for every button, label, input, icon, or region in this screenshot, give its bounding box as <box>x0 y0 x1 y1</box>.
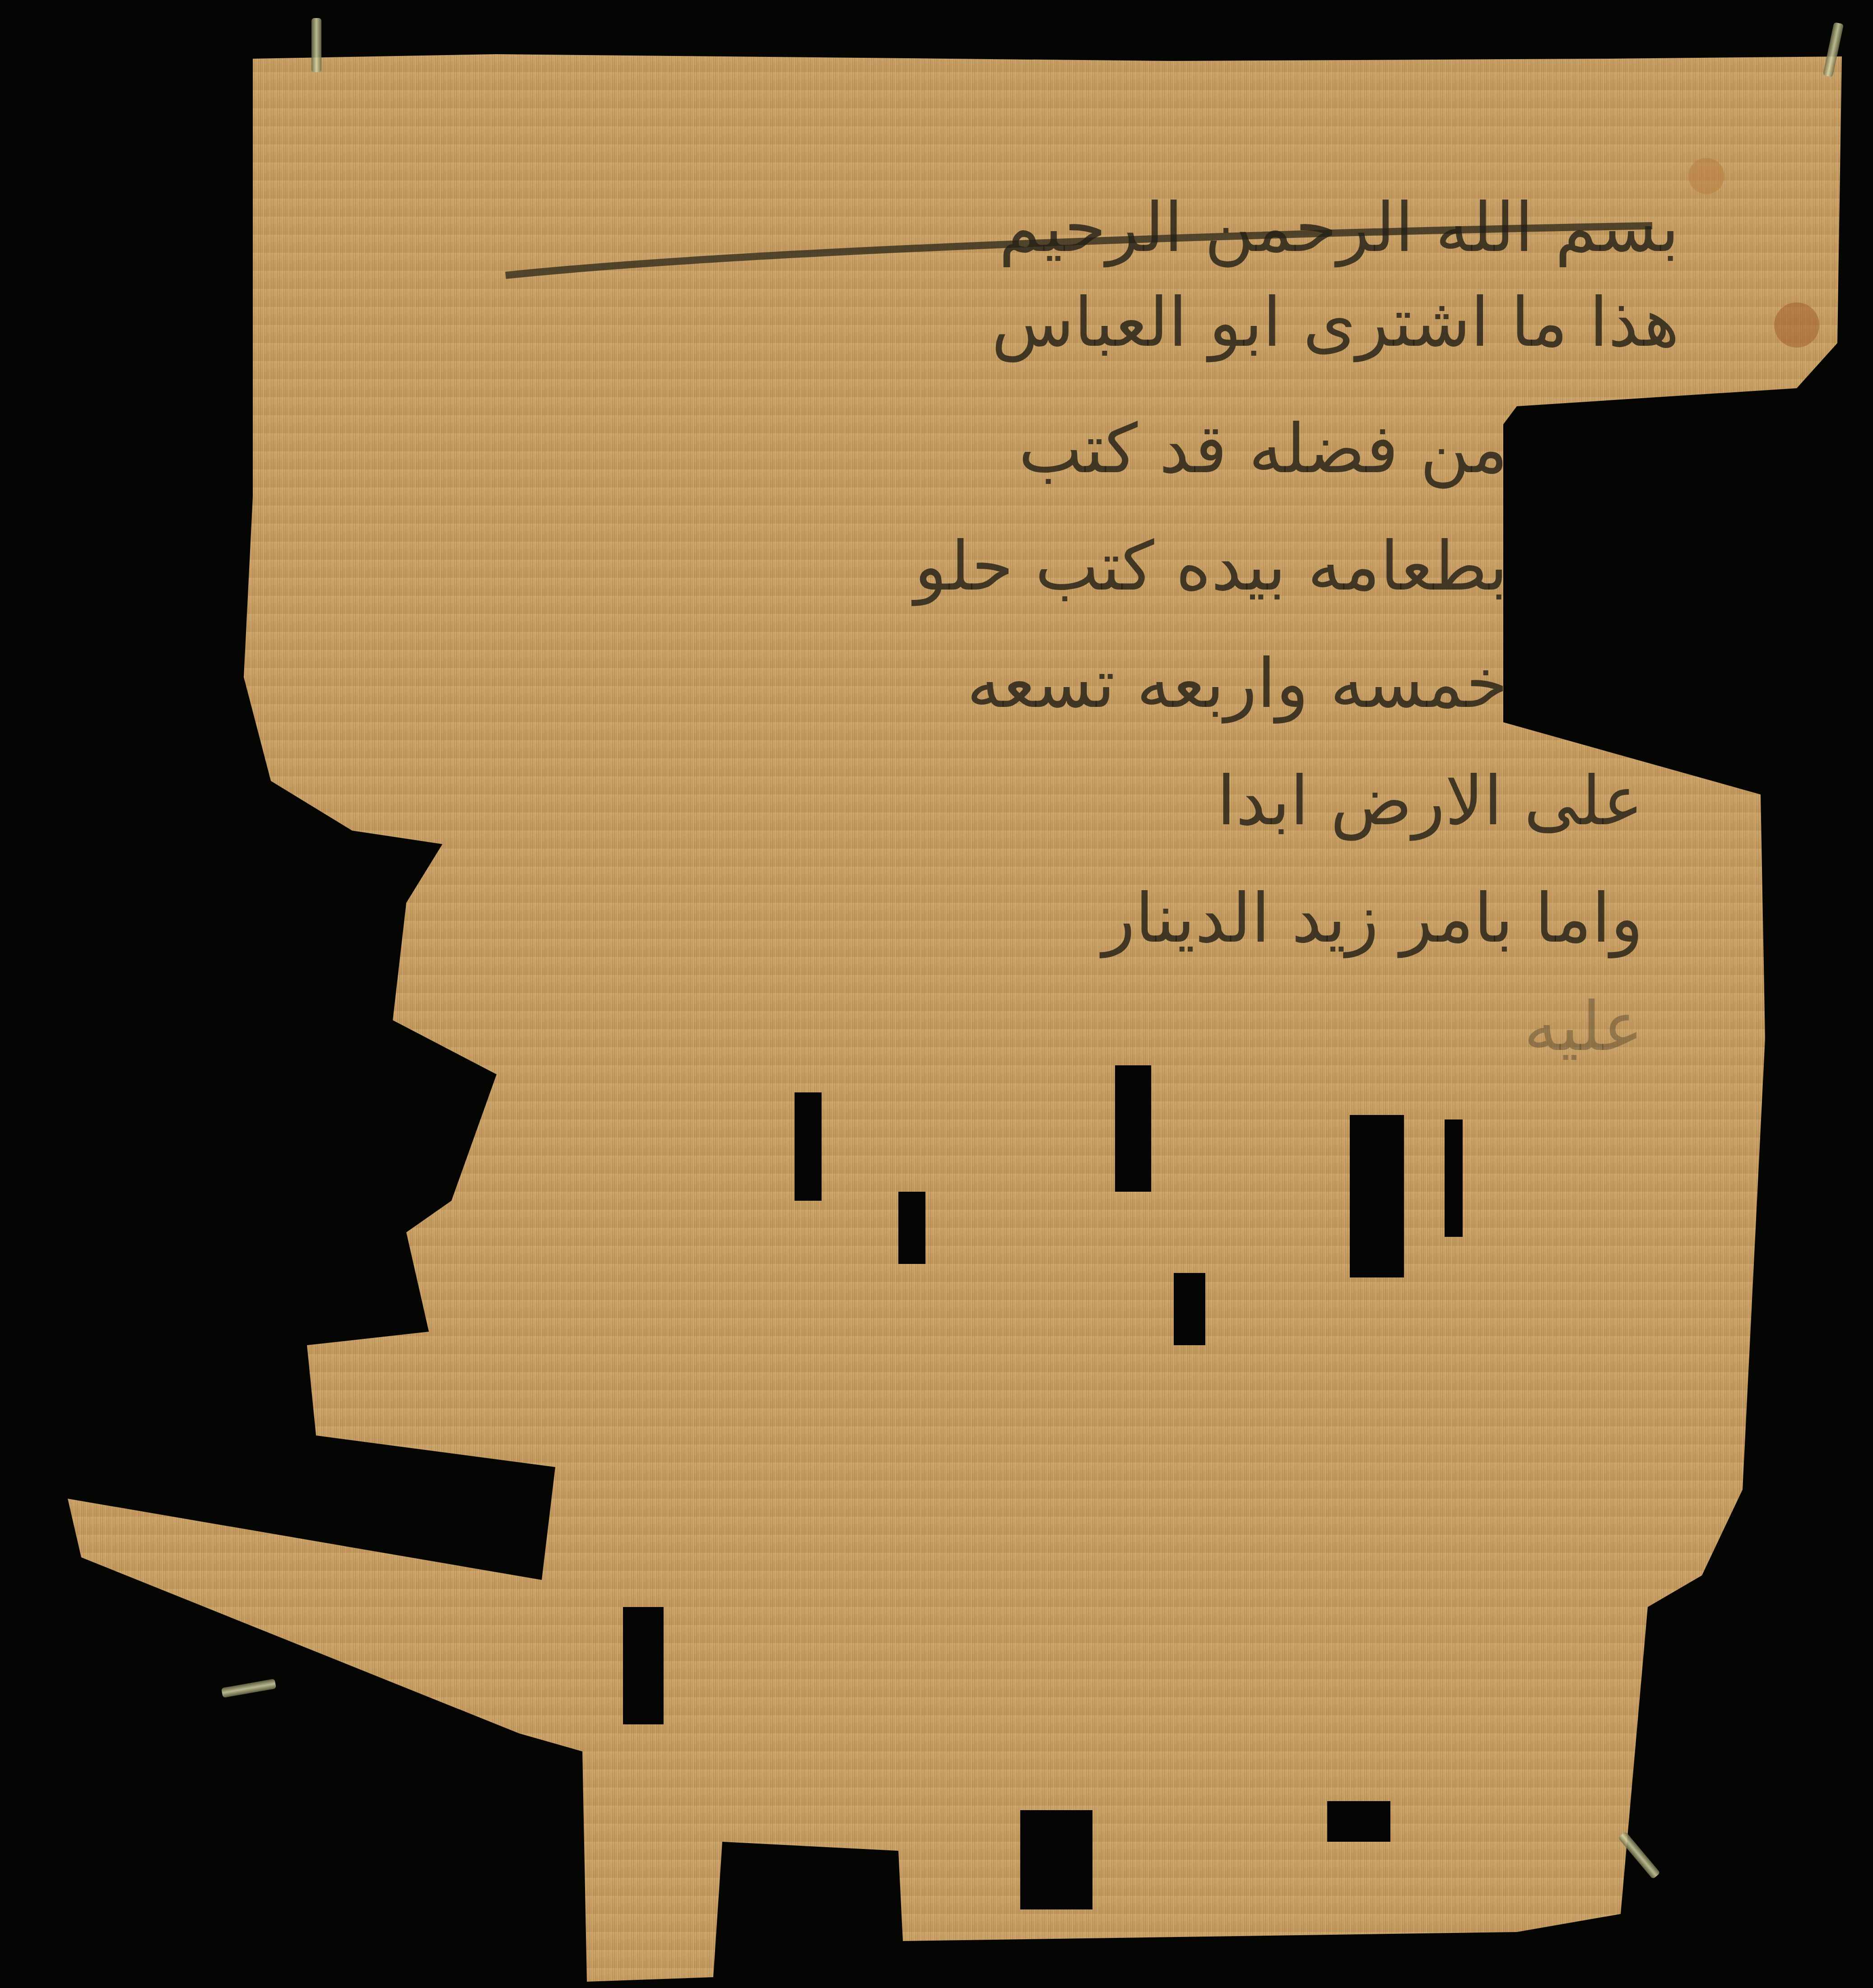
arabic-text-line: واما بامر زيد الدينار <box>1102 885 1643 952</box>
arabic-text-line: خمسه واربعه تسعه <box>967 650 1508 718</box>
arabic-text-line: عليه <box>1524 993 1643 1061</box>
arabic-text-line: هذا ما اشترى ابو العباس <box>991 289 1679 357</box>
papyrus-fragment: بسم الله الرحمن الرحيمهذا ما اشترى ابو ا… <box>0 0 1873 1988</box>
arabic-text-line: على الارض ابدا <box>1217 767 1643 835</box>
arabic-text-line: بسم الله الرحمن الرحيم <box>999 194 1679 262</box>
mounting-clip-left <box>311 18 321 72</box>
arabic-text-line: بطعامه بيده كتب حلو <box>914 533 1508 600</box>
arabic-text-line: من فضله قد كتب <box>1018 415 1508 483</box>
